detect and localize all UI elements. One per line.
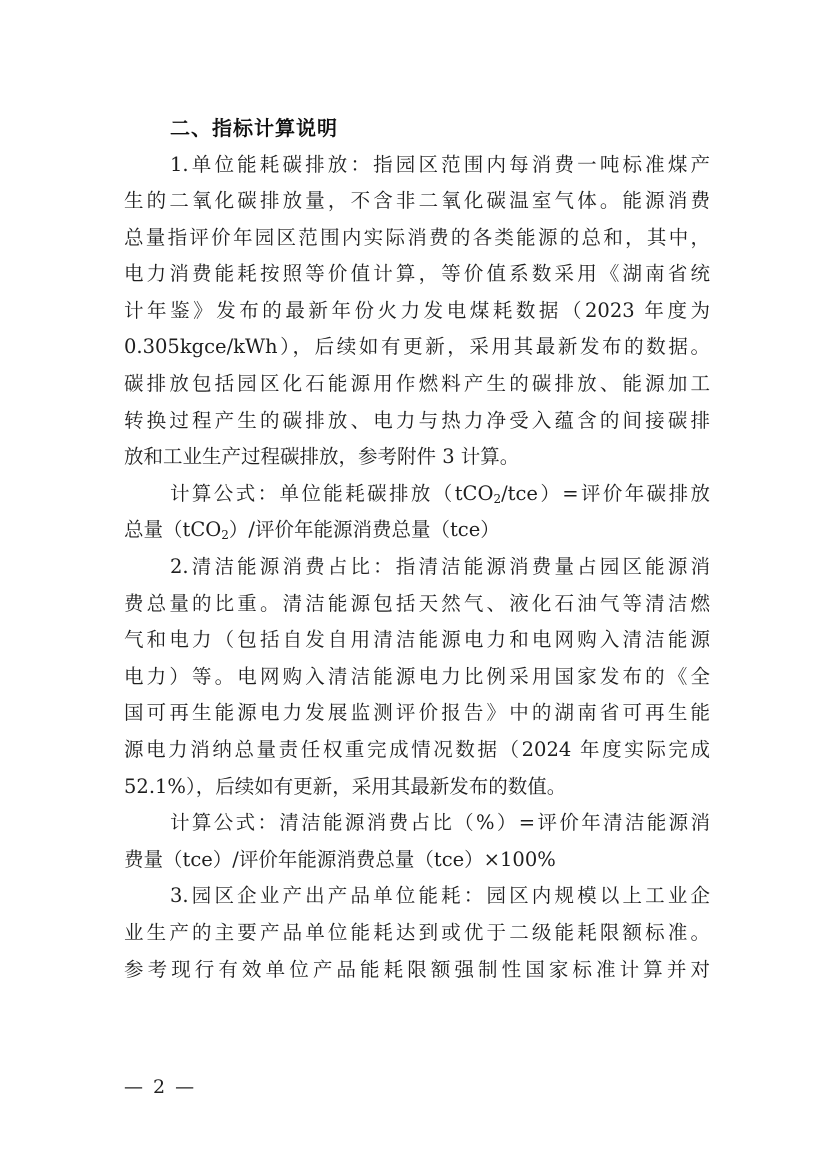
formula-text: 总量（tCO	[124, 518, 221, 541]
formula-line: 计算公式：清洁能源消费占比（%）=评价年清洁能源消	[124, 805, 710, 842]
text-line: 3.园区企业产出产品单位能耗：园区内规模以上工业企	[124, 878, 710, 915]
text-line: 1.单位能耗碳排放：指园区范围内每消费一吨标准煤产	[124, 147, 710, 184]
document-page: 二、指标计算说明 1.单位能耗碳排放：指园区范围内每消费一吨标准煤产 生的二氧化…	[0, 0, 827, 1170]
text-line: 碳排放包括园区化石能源用作燃料产生的碳排放、能源加工	[124, 366, 710, 403]
text-line: 52.1%），后续如有更新，采用其最新发布的数值。	[124, 769, 710, 806]
subscript: 2	[493, 492, 501, 506]
text-line: 参考现行有效单位产品能耗限额强制性国家标准计算并对	[124, 952, 710, 989]
text-line: 费总量的比重。清洁能源包括天然气、液化石油气等清洁燃	[124, 586, 710, 623]
formula-line: 费量（tce）/评价年能源消费总量（tce）×100%	[124, 842, 710, 879]
formula-text: ）/评价年能源消费总量（tce）	[229, 518, 500, 541]
text-line: 生的二氧化碳排放量，不含非二氧化碳温室气体。能源消费	[124, 183, 710, 220]
formula-clean-energy-share: 计算公式：清洁能源消费占比（%）=评价年清洁能源消 费量（tce）/评价年能源消…	[124, 805, 710, 878]
formula-text: 计算公式：单位能耗碳排放（tCO	[170, 482, 493, 505]
subscript: 2	[221, 528, 229, 542]
text-line: 电力）等。电网购入清洁能源电力比例采用国家发布的《全	[124, 659, 710, 696]
text-line: 计年鉴》发布的最新年份火力发电煤耗数据（2023 年度为	[124, 293, 710, 330]
text-line: 源电力消纳总量责任权重完成情况数据（2024 年度实际完成	[124, 732, 710, 769]
paragraph-clean-energy-share: 2.清洁能源消费占比：指清洁能源消费量占园区能源消 费总量的比重。清洁能源包括天…	[124, 549, 710, 805]
text-line: 国可再生能源电力发展监测评价报告》中的湖南省可再生能	[124, 695, 710, 732]
text-line: 转换过程产生的碳排放、电力与热力净受入蕴含的间接碳排	[124, 403, 710, 440]
paragraph-unit-energy-carbon: 1.单位能耗碳排放：指园区范围内每消费一吨标准煤产 生的二氧化碳排放量，不含非二…	[124, 147, 710, 476]
page-content: 二、指标计算说明 1.单位能耗碳排放：指园区范围内每消费一吨标准煤产 生的二氧化…	[124, 110, 710, 988]
page-number: — 2 —	[124, 1076, 196, 1098]
paragraph-product-unit-energy: 3.园区企业产出产品单位能耗：园区内规模以上工业企 业生产的主要产品单位能耗达到…	[124, 878, 710, 988]
formula-line: 计算公式：单位能耗碳排放（tCO2/tce）=评价年碳排放	[124, 476, 710, 513]
formula-unit-energy-carbon: 计算公式：单位能耗碳排放（tCO2/tce）=评价年碳排放 总量（tCO2）/评…	[124, 476, 710, 549]
text-line: 0.305kgce/kWh），后续如有更新，采用其最新发布的数据。	[124, 329, 710, 366]
text-line: 放和工业生产过程碳排放，参考附件 3 计算。	[124, 439, 710, 476]
section-heading: 二、指标计算说明	[124, 110, 710, 147]
text-line: 气和电力（包括自发自用清洁能源电力和电网购入清洁能源	[124, 622, 710, 659]
text-line: 电力消费能耗按照等价值计算，等价值系数采用《湖南省统	[124, 256, 710, 293]
formula-line: 总量（tCO2）/评价年能源消费总量（tce）	[124, 512, 710, 549]
text-line: 2.清洁能源消费占比：指清洁能源消费量占园区能源消	[124, 549, 710, 586]
formula-text: /tce）=评价年碳排放	[501, 482, 710, 505]
text-line: 业生产的主要产品单位能耗达到或优于二级能耗限额标准。	[124, 915, 710, 952]
text-line: 总量指评价年园区范围内实际消费的各类能源的总和，其中，	[124, 220, 710, 257]
